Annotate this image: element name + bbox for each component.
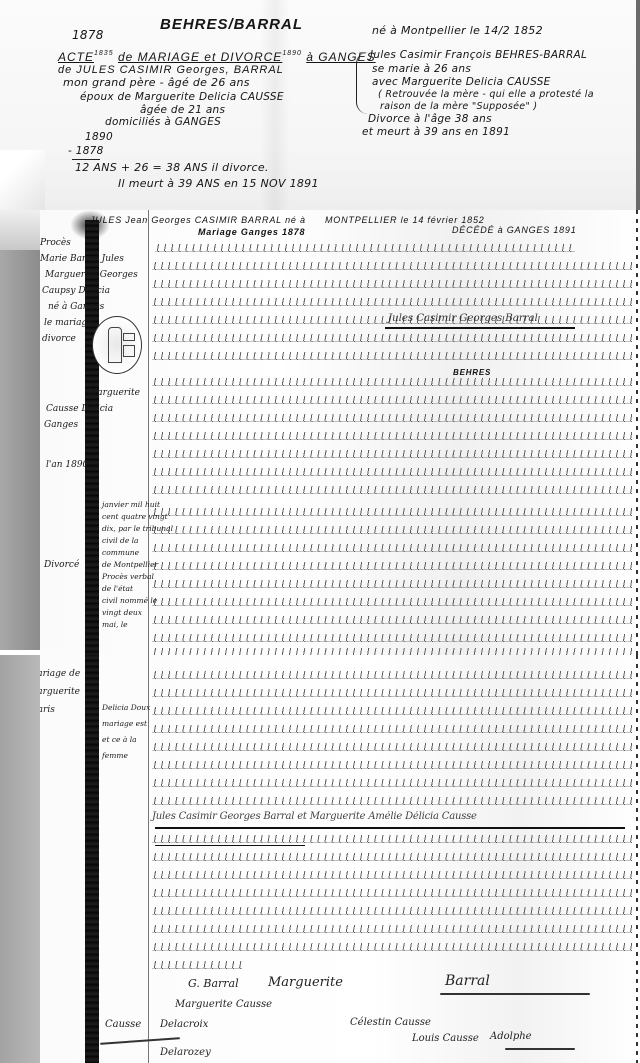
handwritten-line bbox=[152, 580, 632, 588]
register-header-year: Mariage Ganges 1878 bbox=[198, 227, 305, 237]
register-header-deces: DÉCÉDÉ à GANGES 1891 bbox=[452, 225, 577, 235]
margin-note: Caupsy Delicia bbox=[42, 286, 110, 296]
handwritten-line bbox=[152, 743, 632, 751]
calc-rule bbox=[72, 159, 100, 160]
scan-background bbox=[0, 655, 40, 1063]
signature: Delacroix bbox=[160, 1019, 208, 1030]
handwritten-line bbox=[152, 432, 632, 440]
grandfather-line: mon grand père - âgé de 26 ans bbox=[63, 76, 250, 89]
scan-background bbox=[0, 250, 40, 650]
act-heading: ACTE1835 de MARIAGE et DIVORCE1890 à GAN… bbox=[58, 50, 376, 64]
handwritten-line bbox=[152, 396, 632, 404]
handwritten-line bbox=[152, 907, 632, 915]
underline bbox=[155, 827, 625, 829]
handwritten-line bbox=[152, 853, 632, 861]
handwritten-line bbox=[155, 244, 575, 252]
signature-flourish bbox=[440, 993, 590, 995]
margin-note: Mariage de bbox=[40, 669, 80, 679]
page-edge bbox=[636, 210, 638, 655]
margin-rule bbox=[148, 210, 149, 655]
signature-flourish bbox=[505, 1048, 575, 1050]
handwritten-line bbox=[152, 943, 632, 951]
seal-figure bbox=[108, 327, 122, 363]
handwritten-line bbox=[152, 889, 632, 897]
right-note-2: se marie à 26 ans bbox=[372, 63, 471, 75]
margin-note: mariage est bbox=[102, 719, 147, 728]
paper-corner bbox=[0, 150, 45, 210]
signature: Marguerite bbox=[268, 975, 343, 990]
handwritten-line bbox=[152, 961, 242, 969]
handwritten-line bbox=[152, 450, 632, 458]
handwritten-line bbox=[152, 671, 632, 679]
register-page-top: JULES Jean Georges CASIMIR BARRAL né à M… bbox=[40, 210, 640, 655]
handwritten-line bbox=[152, 616, 632, 624]
handwritten-line bbox=[152, 298, 632, 306]
register-page-bottom: Mariage de Marguerite Delicia Doux maria… bbox=[40, 655, 640, 1063]
handwritten-line bbox=[152, 871, 632, 879]
handwritten-line bbox=[152, 262, 632, 270]
book-binding bbox=[85, 655, 99, 1063]
handwritten-line bbox=[152, 280, 632, 288]
margin-note: Ganges bbox=[44, 420, 78, 430]
handwritten-line bbox=[152, 526, 632, 534]
calc-year-2: - 1878 bbox=[68, 145, 104, 157]
act-prefix: ACTE bbox=[58, 50, 94, 64]
margin-rule bbox=[148, 655, 149, 1063]
handwritten-line bbox=[152, 779, 632, 787]
margin-note: Procès bbox=[40, 238, 71, 248]
underlined-couple-names: Jules Casimir Georges Barral et Margueri… bbox=[152, 811, 477, 822]
handwritten-line bbox=[152, 378, 632, 386]
register-header-name: JULES Jean Georges CASIMIR BARRAL né à bbox=[90, 215, 306, 225]
margin-mention: Procès verbal bbox=[102, 572, 154, 581]
handwritten-line bbox=[152, 414, 632, 422]
handwritten-line bbox=[152, 634, 632, 642]
death-line: Il meurt à 39 ANS en 15 NOV 1891 bbox=[118, 177, 319, 190]
signature: Louis Causse bbox=[412, 1033, 479, 1044]
margin-note: et ce à la bbox=[102, 735, 137, 744]
marriage-year: 1878 bbox=[72, 28, 104, 42]
right-note-4: ( Retrouvée la mère - qui elle a protest… bbox=[378, 89, 594, 100]
margin-note: Delicia Doux bbox=[102, 703, 150, 712]
margin-mention: de Montpellier bbox=[102, 560, 158, 569]
margin-mention: civil nommé le bbox=[102, 596, 157, 605]
handwritten-line bbox=[152, 689, 632, 697]
right-note-6: Divorce à l'âge 38 ans bbox=[368, 113, 492, 125]
right-note-1: Jules Casimir François BEHRES-BARRAL bbox=[370, 49, 587, 61]
annotation-sheet: BEHRES/BARRAL 1878 ACTE1835 de MARIAGE e… bbox=[0, 0, 640, 210]
handwritten-line bbox=[152, 544, 632, 552]
scan-background bbox=[0, 210, 40, 250]
sheet-edge bbox=[636, 0, 640, 210]
handwritten-line bbox=[152, 468, 632, 476]
signature-flourish bbox=[100, 1037, 180, 1044]
annotation-behres: BEHRES bbox=[453, 368, 491, 377]
signature: Marguerite Causse bbox=[175, 999, 272, 1010]
underlined-groom-name: Jules Casimir Georges Barral bbox=[388, 312, 538, 324]
page-edge bbox=[636, 655, 638, 1063]
margin-note: Marguerite bbox=[40, 687, 80, 697]
handwritten-line bbox=[152, 352, 632, 360]
margin-note: né à Ganges bbox=[48, 302, 104, 312]
margin-mention: commune bbox=[102, 548, 139, 557]
right-note-3: avec Marguerite Delicia CAUSSE bbox=[372, 76, 551, 88]
domicile-line: domiciliés à GANGES bbox=[105, 116, 221, 128]
groom-name-line: de JULES CASIMIR Georges, BARRAL bbox=[58, 64, 284, 76]
seal-stamp-icon bbox=[92, 316, 142, 374]
margin-note: Divorcé bbox=[44, 560, 79, 570]
handwritten-line bbox=[152, 486, 632, 494]
margin-mention: civil de la bbox=[102, 536, 139, 545]
seal-emblem bbox=[123, 345, 135, 357]
handwritten-line bbox=[152, 761, 632, 769]
signature: Barral bbox=[445, 973, 490, 989]
signature: Causse bbox=[105, 1019, 141, 1030]
margin-note: Causse Delicia bbox=[46, 404, 113, 414]
margin-note: l'an 1890 bbox=[46, 460, 88, 470]
signature: Adolphe bbox=[490, 1031, 532, 1042]
handwritten-line bbox=[152, 334, 632, 342]
margin-mention: de l'état bbox=[102, 584, 133, 593]
act-sup1: 1835 bbox=[94, 50, 114, 57]
act-sup2: 1890 bbox=[282, 50, 302, 57]
register-header-place: MONTPELLIER le 14 février 1852 bbox=[325, 215, 485, 225]
calc-result: 12 ANS + 26 = 38 ANS il divorce. bbox=[75, 161, 269, 174]
margin-mention: vingt deux bbox=[102, 608, 142, 617]
handwritten-line bbox=[152, 508, 632, 516]
spouse-age: âgée de 21 ans bbox=[140, 104, 225, 116]
margin-note: Marie Barral Jules bbox=[40, 254, 124, 264]
handwritten-line bbox=[152, 707, 632, 715]
spouse-line: époux de Marguerite Delicia CAUSSE bbox=[80, 91, 284, 103]
document-title: BEHRES/BARRAL bbox=[160, 16, 303, 33]
signature: G. Barral bbox=[188, 977, 239, 990]
margin-mention: mai, le bbox=[102, 620, 128, 629]
brace-mark bbox=[356, 52, 370, 114]
margin-note: Marguerite bbox=[88, 388, 140, 398]
signature: Delarozey bbox=[160, 1047, 211, 1058]
margin-note: Paris bbox=[40, 705, 55, 715]
margin-note: femme bbox=[102, 751, 128, 760]
underline bbox=[385, 327, 575, 329]
margin-note: Marguerite Georges bbox=[45, 270, 138, 280]
handwritten-line bbox=[152, 725, 632, 733]
margin-note: divorce bbox=[42, 334, 76, 344]
right-note-7: et meurt à 39 ans en 1891 bbox=[362, 126, 510, 138]
handwritten-line bbox=[152, 797, 632, 805]
handwritten-line bbox=[152, 598, 632, 606]
handwritten-line bbox=[152, 835, 632, 843]
signature: Célestin Causse bbox=[350, 1017, 431, 1028]
birth-line: né à Montpellier le 14/2 1852 bbox=[372, 24, 543, 37]
underline bbox=[155, 845, 305, 846]
calc-year-1: 1890 bbox=[85, 131, 113, 143]
handwritten-line bbox=[152, 562, 632, 570]
seal-emblem bbox=[123, 333, 135, 341]
right-note-5: raison de la mère "Supposée" ) bbox=[380, 101, 537, 112]
act-middle: de MARIAGE et DIVORCE bbox=[118, 50, 282, 64]
handwritten-line bbox=[152, 648, 632, 655]
margin-note: le mariage bbox=[44, 318, 93, 328]
handwritten-line bbox=[152, 925, 632, 933]
